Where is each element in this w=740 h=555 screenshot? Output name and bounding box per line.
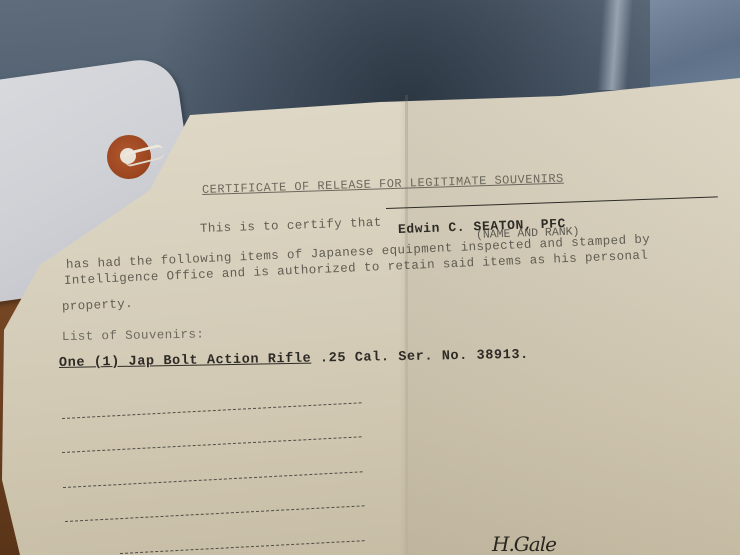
souvenir-item-description: One (1) Jap Bolt Action Rifle	[59, 352, 312, 371]
handwritten-signature: H.Gale	[492, 532, 556, 555]
certificate-document: CERTIFICATE OF RELEASE FOR LEGITIMATE SO…	[0, 0, 740, 555]
certificate-title: CERTIFICATE OF RELEASE FOR LEGITIMATE SO…	[202, 172, 564, 197]
souvenir-blank-line	[62, 436, 362, 453]
name-blank-line	[386, 196, 718, 209]
body-line-3: property.	[62, 297, 134, 314]
souvenir-blank-line	[63, 471, 363, 488]
souvenir-blank-line	[62, 402, 362, 419]
souvenir-item-details: .25 Cal. Ser. No. 38913.	[311, 348, 529, 367]
souvenir-blank-line	[65, 505, 365, 522]
souvenir-list-label: List of Souvenirs:	[62, 328, 204, 344]
certify-prefix: This is to certify that	[200, 216, 382, 236]
souvenir-blank-line	[120, 540, 365, 554]
photo-scene: CERTIFICATE OF RELEASE FOR LEGITIMATE SO…	[0, 0, 740, 555]
souvenir-item: One (1) Jap Bolt Action Rifle .25 Cal. S…	[59, 348, 529, 371]
